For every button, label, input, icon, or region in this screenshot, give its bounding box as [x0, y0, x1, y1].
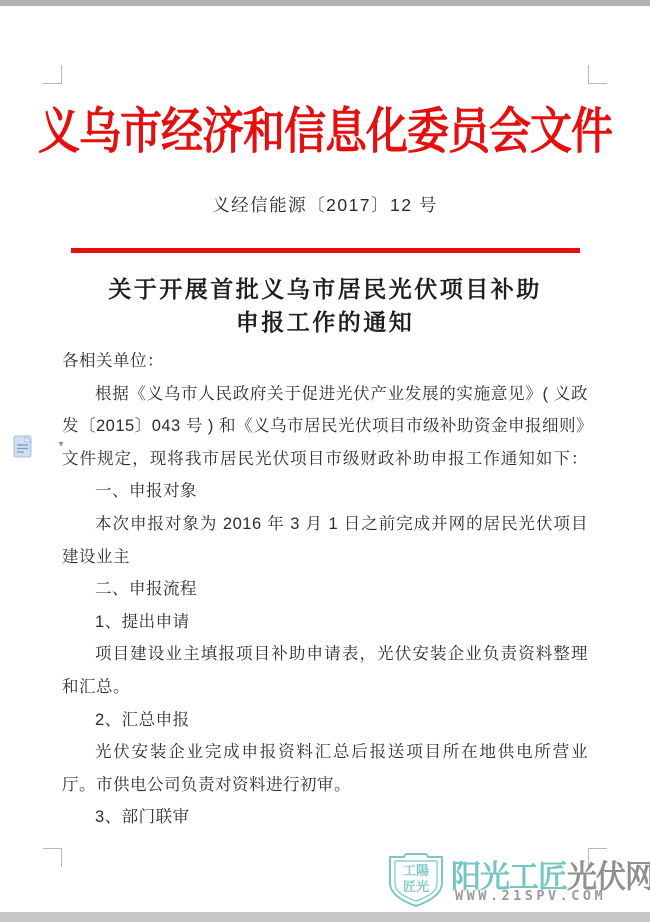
crop-mark-top-left: [43, 65, 62, 84]
crop-mark-bottom-left: [43, 848, 62, 867]
body-line: 本次申报对象为 2016 年 3 月 1 日之前完成并网的居民光伏项目: [62, 508, 588, 541]
body-line: 光伏安装企业完成申报资料汇总后报送项目所在地供电所营业: [62, 736, 588, 769]
body-line: 3、部门联审: [62, 801, 588, 834]
doc-body: 各相关单位： 根据《义乌市人民政府关于促进光伏产业发展的实施意见》( 义政 发〔…: [62, 345, 588, 834]
paste-options-icon[interactable]: [13, 435, 33, 459]
doc-title-line2: 申报工作的通知: [0, 304, 650, 337]
paste-options-arrow-icon[interactable]: ▾: [54, 439, 68, 451]
viewer-bottom-edge: [0, 912, 650, 922]
document-viewer: 义乌市经济和信息化委员会文件 义经信能源〔2017〕12 号 关于开展首批义乌市…: [0, 0, 650, 922]
body-line: 二、申报流程: [62, 573, 588, 606]
body-line: 一、申报对象: [62, 475, 588, 508]
body-line: 根据《义乌市人民政府关于促进光伏产业发展的实施意见》( 义政: [62, 378, 588, 411]
body-line: 1、提出申请: [62, 606, 588, 639]
viewer-top-edge: [0, 0, 650, 6]
craftsman-shield-icon: 工陽 匠光: [385, 850, 447, 908]
doc-title-line1: 关于开展首批义乌市居民光伏项目补助: [0, 271, 650, 304]
org-title: 义乌市经济和信息化委员会文件: [0, 93, 650, 164]
crop-mark-top-right: [588, 65, 607, 84]
body-line: 和汇总。: [62, 671, 588, 704]
body-line: 项目建设业主填报项目补助申请表，光伏安装企业负责资料整理: [62, 638, 588, 671]
watermark-url: WWW.21SPV.COM: [455, 888, 606, 904]
document-page: 义乌市经济和信息化委员会文件 义经信能源〔2017〕12 号 关于开展首批义乌市…: [0, 6, 650, 912]
body-line: 厅。市供电公司负责对资料进行初审。: [62, 769, 588, 802]
body-line: 2、汇总申报: [62, 704, 588, 737]
red-divider: [71, 248, 580, 253]
body-line: 各相关单位：: [62, 345, 588, 378]
body-line: 文件规定，现将我市居民光伏项目市级财政补助申报工作通知如下：: [62, 443, 588, 476]
watermark: 工陽 匠光 阳光工匠光伏网 WWW.21SPV.COM: [385, 849, 650, 909]
body-line: 发〔2015〕043 号 ) 和《义乌市居民光伏项目市级补助资金申报细则》: [62, 410, 588, 443]
body-line: 建设业主: [62, 541, 588, 574]
shield-text-row1: 工陽: [403, 863, 429, 878]
doc-number: 义经信能源〔2017〕12 号: [0, 192, 650, 217]
shield-text-row2: 匠光: [403, 879, 429, 894]
